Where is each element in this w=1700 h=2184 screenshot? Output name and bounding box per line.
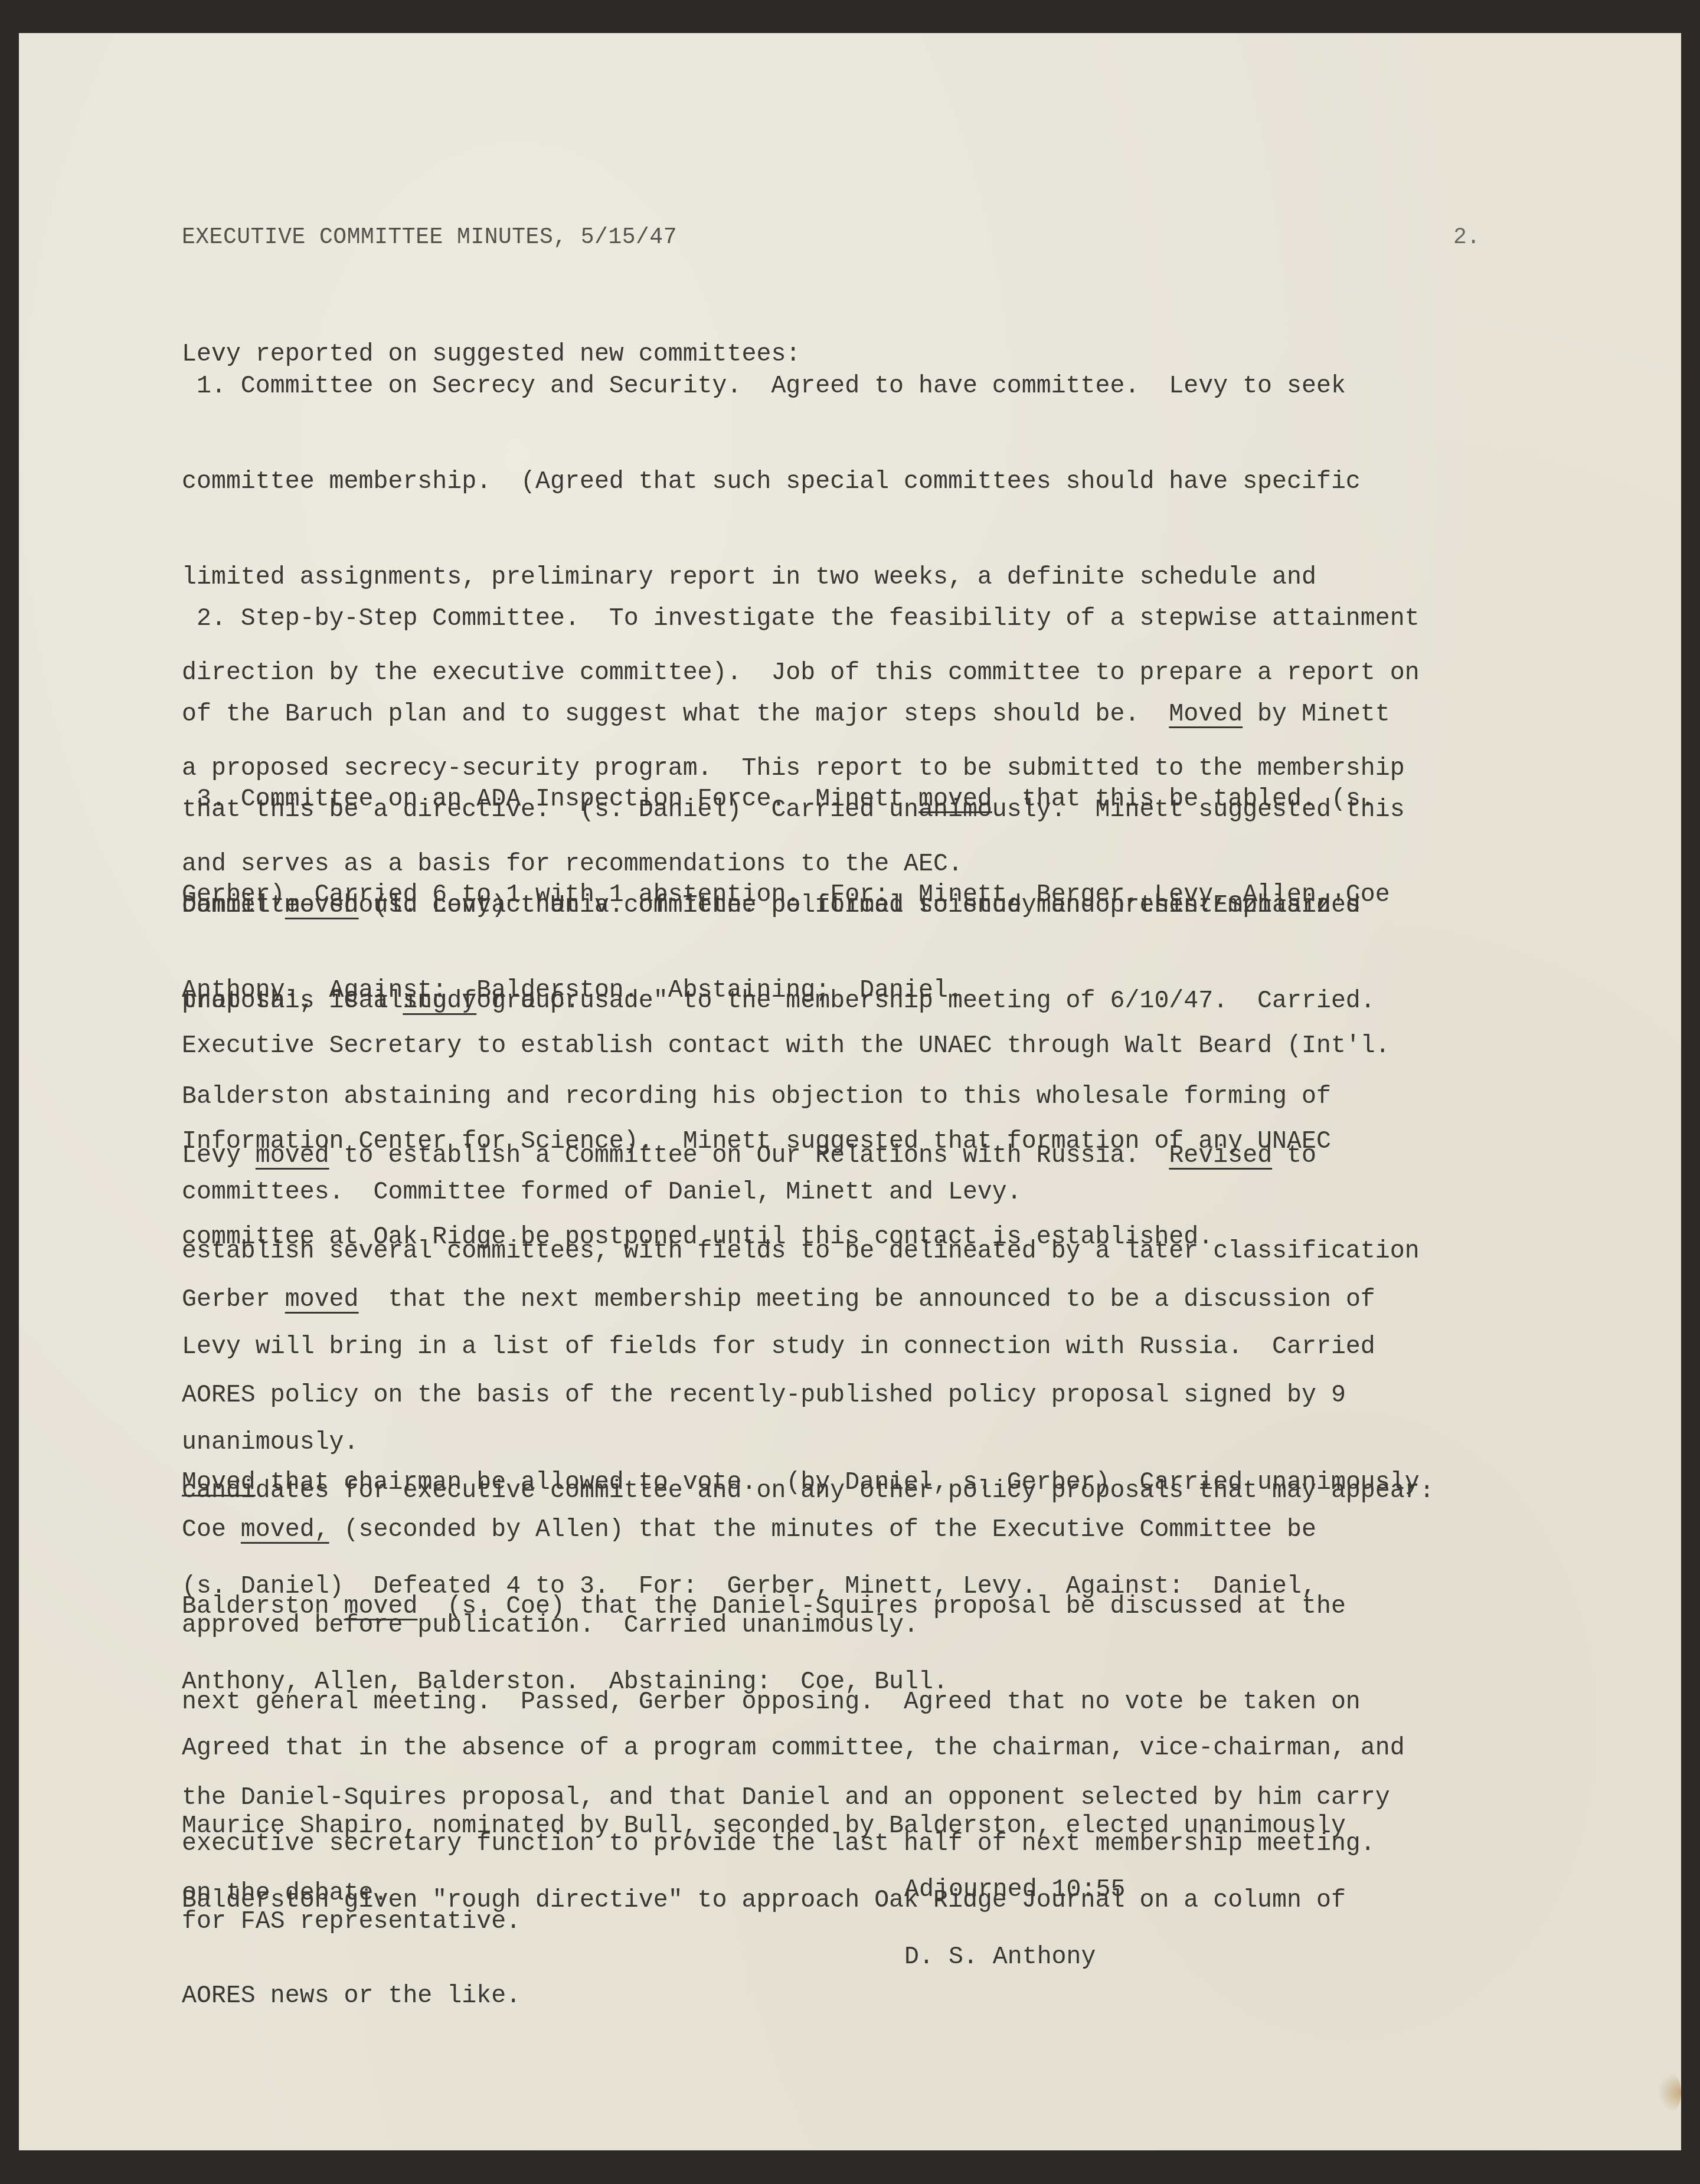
page-number: 2. [1453, 222, 1480, 254]
underlined-word: moved [344, 1593, 418, 1620]
text-line: committee membership. (Agreed that such … [182, 466, 1539, 498]
text-segment: 3. Committee on an ADA Inspection Force.… [182, 785, 918, 813]
text-segment: Levy [182, 1142, 256, 1170]
text-line: 3. Committee on an ADA Inspection Force.… [182, 784, 1539, 816]
text-segment: Gerber [182, 1286, 285, 1314]
underlined-word: moved [256, 1142, 329, 1170]
text-segment: (s. Levy) that a committee be formed to … [359, 892, 1361, 919]
underlined-word: moved [918, 785, 992, 813]
text-line: Executive Secretary to establish contact… [182, 1030, 1539, 1062]
underlined-word: Revised [1169, 1142, 1272, 1170]
text-line: 1. Committee on Secrecy and Security. Ag… [182, 371, 1539, 402]
text-segment: to [1272, 1142, 1316, 1170]
text-line: Gerber moved that the next membership me… [182, 1284, 1539, 1316]
text-line: Balderston given "rough directive" to ap… [182, 1885, 1539, 1917]
adjourned-time: Adjourned 10:55 [904, 1874, 1125, 1906]
underlined-word: moved [285, 1286, 359, 1314]
minutes-document: EXECUTIVE COMMITTEE MINUTES, 5/15/47 2. … [19, 33, 1681, 2150]
text-segment: Balderston [182, 1593, 344, 1620]
document-header: EXECUTIVE COMMITTEE MINUTES, 5/15/47 [182, 222, 677, 254]
text-segment: (s. Coe) that the Daniel-Squires proposa… [417, 1593, 1346, 1620]
text-line: Levy moved to establish a Committee on O… [182, 1140, 1539, 1172]
text-line: Balderston moved (s. Coe) that the Danie… [182, 1591, 1539, 1623]
text-line: AORES news or the like. [182, 1980, 1539, 2012]
text-segment: that the next membership meeting be anno… [359, 1286, 1375, 1314]
text-line: Daniel moved (s. Levy) that a committee … [182, 890, 1539, 922]
text-segment: that this be tabled. (s. [992, 785, 1375, 813]
underlined-word: moved [285, 892, 359, 919]
signature: D. S. Anthony [904, 1941, 1096, 1973]
text-segment: Daniel [182, 892, 285, 919]
paragraph-oak-ridge-journal: Balderston given "rough directive" to ap… [182, 1821, 1539, 2076]
text-segment: to establish a Committee on Our Relation… [329, 1142, 1169, 1170]
document-page: EXECUTIVE COMMITTEE MINUTES, 5/15/47 2. … [19, 33, 1681, 2150]
text-line: 2. Step-by-Step Committee. To investigat… [182, 603, 1539, 635]
